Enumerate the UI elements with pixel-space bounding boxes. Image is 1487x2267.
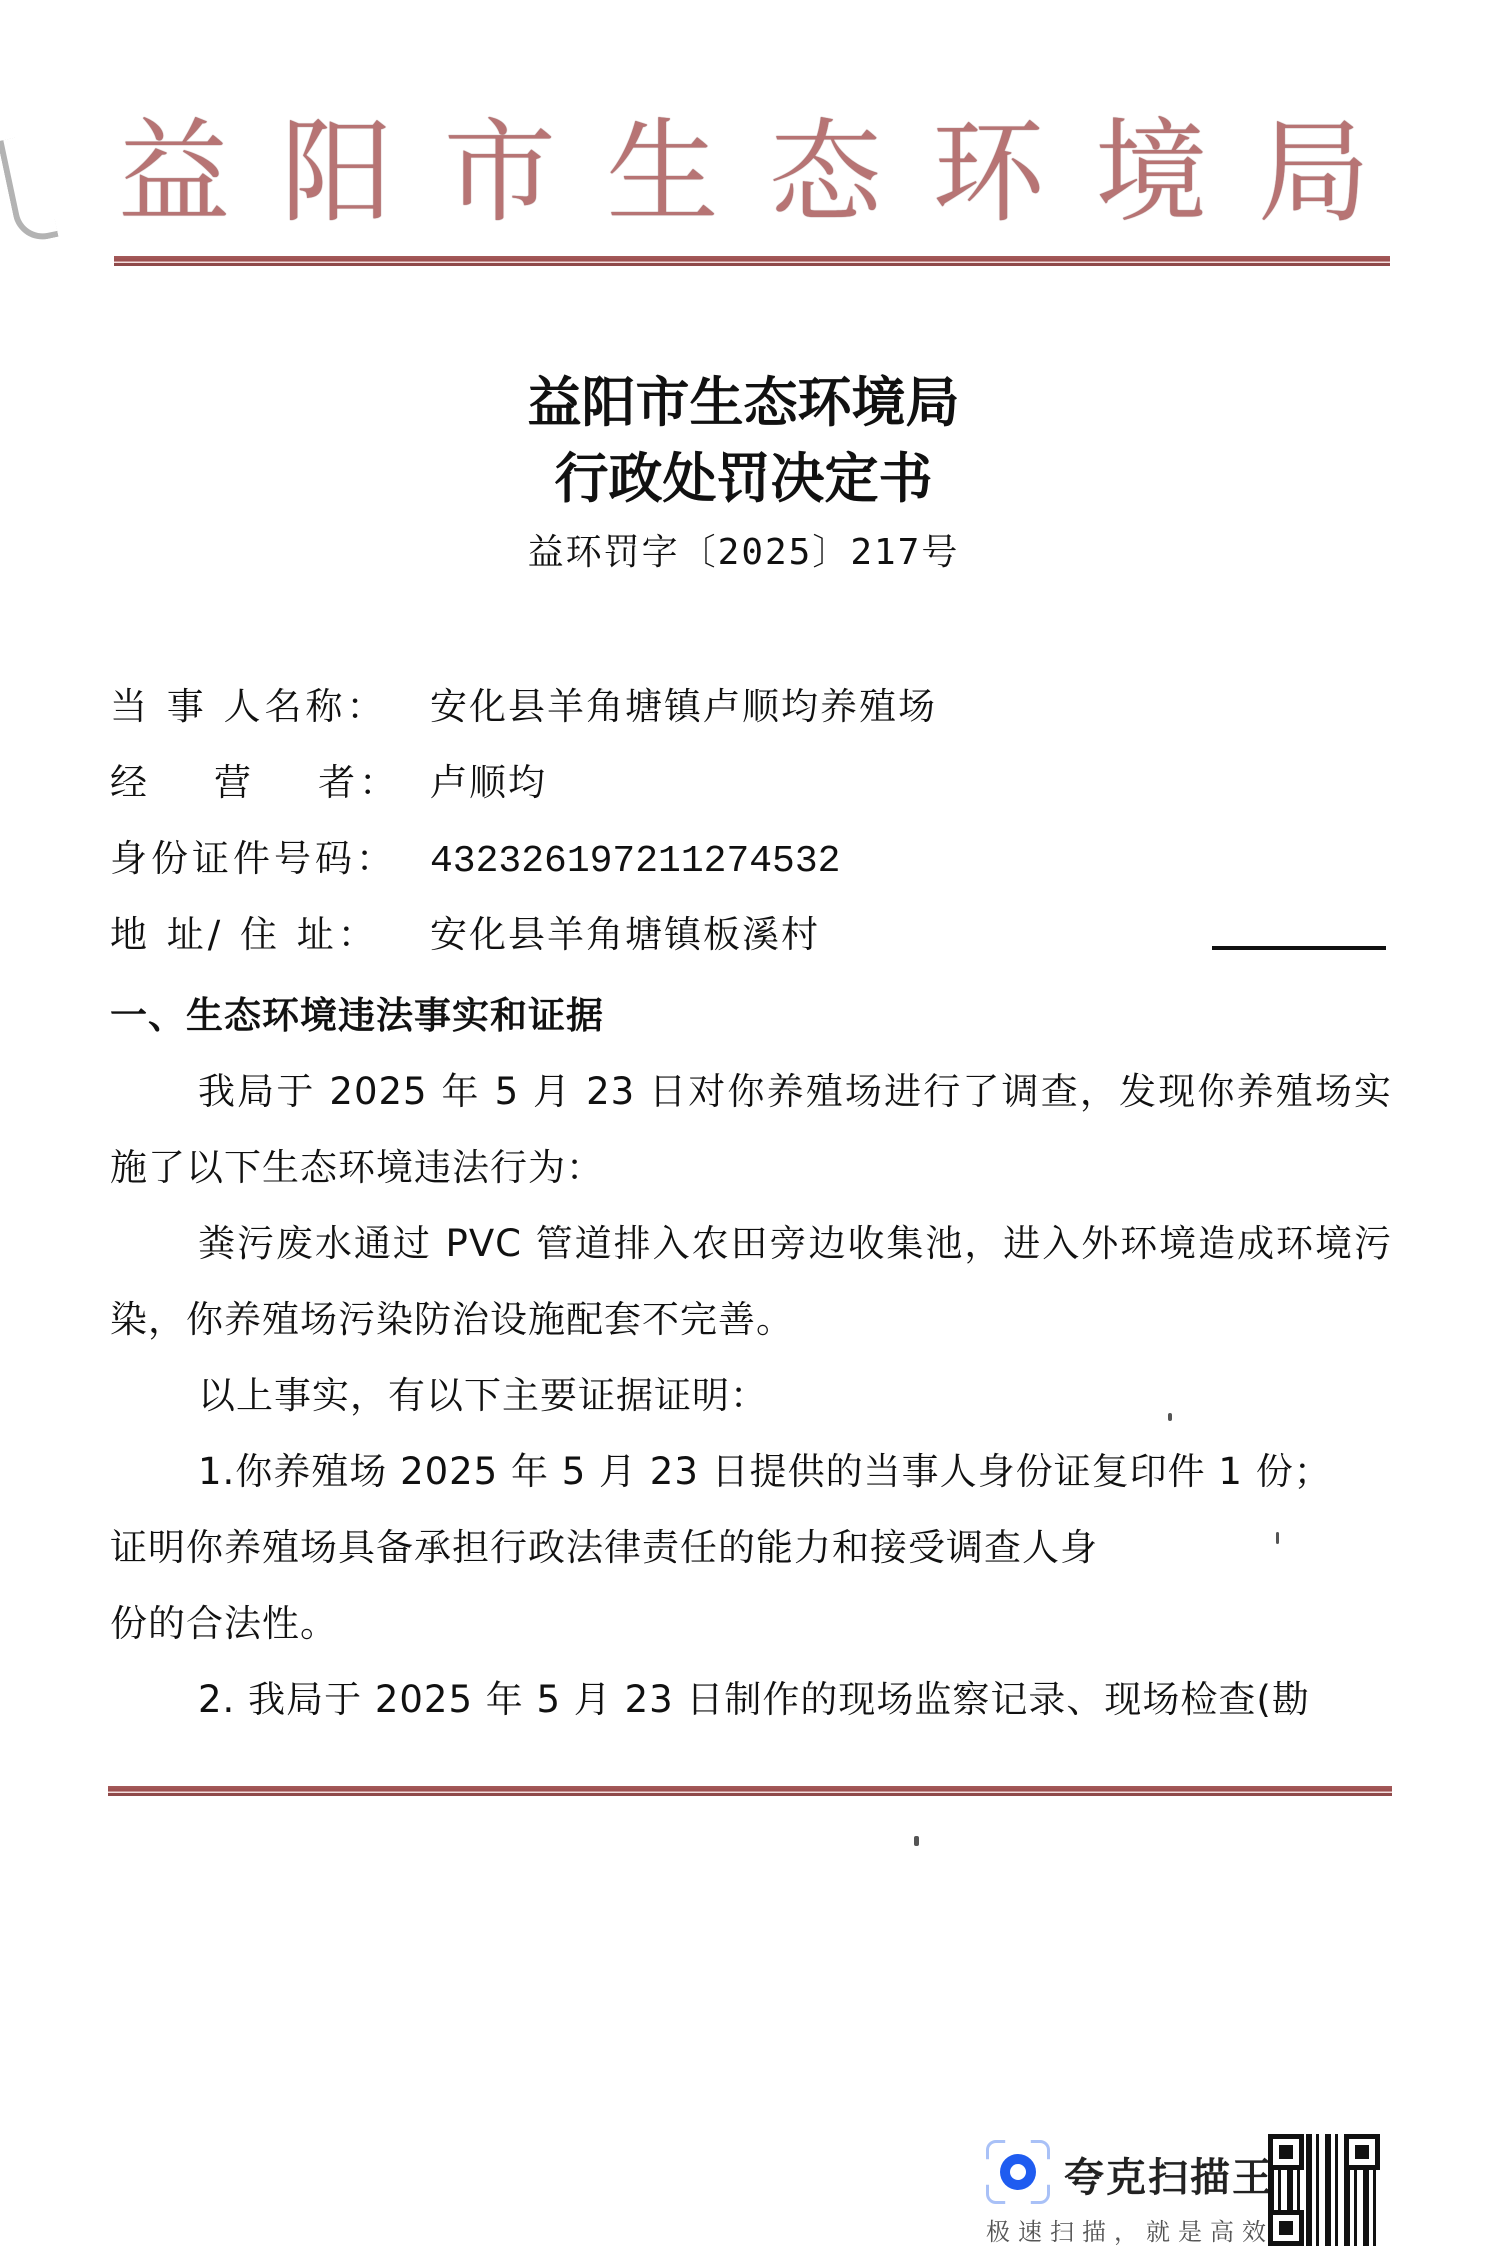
watermark-slogan: 极速扫描，就是高效 (986, 2212, 1274, 2247)
field-operator: 经 营 者： 卢顺均 (110, 752, 547, 802)
evidence-item-2: 2. 我局于 2025 年 5 月 23 日制作的现场监察记录、现场检查(勘 (110, 1662, 1392, 1738)
scan-speck (1168, 1413, 1172, 1421)
letterhead-divider (114, 256, 1390, 266)
paragraph: 以上事实，有以下主要证据证明： (110, 1358, 1392, 1434)
field-value: 安化县羊角塘镇卢顺均养殖场 (430, 676, 937, 730)
document-number: 益环罚字〔2025〕217号 (0, 524, 1487, 575)
evidence-line: 1.你养殖场 2025 年 5 月 23 日提供的当事人身份证复印件 1 份； (110, 1434, 1392, 1510)
evidence-line: 份的合法性。 (110, 1586, 1392, 1662)
field-value: 432326197211274532 (430, 840, 840, 883)
evidence-item-1: 1.你养殖场 2025 年 5 月 23 日提供的当事人身份证复印件 1 份； … (110, 1434, 1392, 1662)
scan-speck (1276, 1532, 1279, 1544)
letterhead-char: 市 (444, 117, 556, 229)
footer-divider (108, 1786, 1392, 1796)
blank-underline (1212, 946, 1386, 950)
document-title-line1: 益阳市生态环境局 (0, 360, 1487, 437)
paragraph: 我局于 2025 年 5 月 23 日对你养殖场进行了调查，发现你养殖场实施了以… (110, 1054, 1392, 1206)
field-address: 地 址/ 住 址： 安化县羊角塘镇板溪村 (110, 904, 820, 954)
letterhead-char: 阳 (281, 117, 393, 229)
watermark-brand: 夸克扫描王 (1064, 2146, 1274, 2203)
letterhead-title: 益 阳 市 生 态 环 境 局 (118, 108, 1370, 238)
field-label: 地 址/ 住 址： (110, 904, 430, 958)
letterhead-char: 生 (607, 117, 719, 229)
letterhead-char: 境 (1095, 117, 1207, 229)
field-label: 当 事 人名称： (110, 676, 430, 730)
field-value: 安化县羊角塘镇板溪村 (430, 904, 820, 958)
document-title-line2: 行政处罚决定书 (0, 436, 1487, 513)
field-id-number: 身份证件号码： 432326197211274532 (110, 828, 840, 878)
field-label: 经 营 者： (110, 752, 430, 806)
paragraph: 粪污废水通过 PVC 管道排入农田旁边收集池，进入外环境造成环境污染，你养殖场污… (110, 1206, 1392, 1358)
letterhead-char: 局 (1258, 117, 1370, 229)
scan-speck (914, 1836, 919, 1846)
section-heading: 一、生态环境违法事实和证据 (110, 978, 1392, 1054)
qr-code-icon (1268, 2134, 1380, 2246)
letterhead-char: 态 (769, 117, 881, 229)
scanner-watermark: 夸克扫描王 极速扫描，就是高效 (980, 2130, 1390, 2250)
binder-clip-icon (0, 133, 59, 245)
field-party-name: 当 事 人名称： 安化县羊角塘镇卢顺均养殖场 (110, 676, 937, 726)
field-label: 身份证件号码： (110, 828, 430, 882)
letterhead-char: 益 (118, 117, 230, 229)
letterhead-char: 环 (932, 117, 1044, 229)
evidence-line: 证明你养殖场具备承担行政法律责任的能力和接受调查人身 (110, 1510, 1392, 1586)
field-value: 卢顺均 (430, 752, 547, 806)
scanner-logo-icon (986, 2140, 1050, 2204)
